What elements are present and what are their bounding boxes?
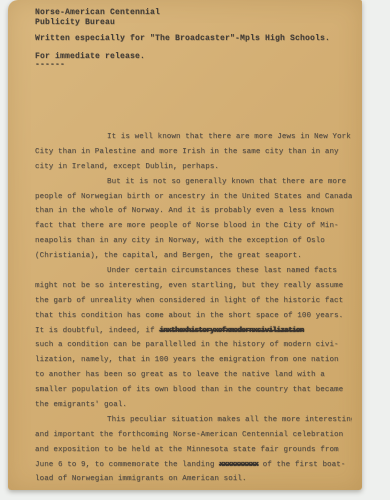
text-line: It is well known that there are more Jew… bbox=[35, 130, 352, 145]
text-segment: lization, namely, that in 100 years the … bbox=[35, 356, 339, 364]
text-segment: It is well known that there are more Jew… bbox=[107, 133, 351, 141]
strikethrough-text: inxthexhistoryxofxmodernxcivilization bbox=[159, 327, 303, 335]
text-line: City than in Palestine and more Irish in… bbox=[35, 145, 352, 160]
text-segment: This peculiar situation makes all the mo… bbox=[107, 416, 352, 424]
text-line: the emigrants' goal. bbox=[35, 398, 352, 413]
paper-sheet: Norse-American Centennial Publicity Bure… bbox=[8, 0, 362, 490]
text-segment: (Christiania), the capital, and Bergen, … bbox=[35, 252, 302, 260]
text-line: This peculiar situation makes all the mo… bbox=[35, 413, 352, 428]
text-line: smaller population of its own blood than… bbox=[35, 383, 352, 398]
text-segment: and important the forthcoming Norse-Amer… bbox=[35, 431, 343, 439]
text-line: lization, namely, that in 100 years the … bbox=[35, 353, 352, 368]
text-line: neapolis than in any city in Norway, wit… bbox=[35, 234, 352, 249]
text-line: to another has been so great as to leave… bbox=[35, 368, 352, 383]
text-segment: might not be so interesting, even startl… bbox=[35, 282, 343, 290]
typed-content: Norse-American Centennial Publicity Bure… bbox=[35, 8, 352, 490]
release-note-line: For immediate release. bbox=[35, 52, 352, 62]
text-segment: neapolis than in any city in Norway, wit… bbox=[35, 237, 325, 245]
text-segment: than in the whole of Norway. And it is p… bbox=[35, 207, 334, 215]
text-segment: It is doubtful, indeed, if bbox=[35, 327, 159, 335]
text-segment: to another has been so great as to leave… bbox=[35, 371, 325, 379]
text-line: fact that there are more people of Norse… bbox=[35, 219, 352, 234]
text-segment: such a condition can be parallelled in t… bbox=[35, 341, 339, 349]
text-line: might not be so interesting, even startl… bbox=[35, 279, 352, 294]
document-body: It is well known that there are more Jew… bbox=[35, 130, 352, 487]
text-segment: the emigrants' goal. bbox=[35, 401, 127, 409]
scanned-document-page: { "page": { "background_color": "#eef0ee… bbox=[0, 0, 390, 500]
text-segment: city in Ireland, except Dublin, perhaps. bbox=[35, 163, 219, 171]
text-segment: June 6 to 9, to commemorate the landing bbox=[35, 461, 219, 469]
text-line: June 6 to 9, to commemorate the landing … bbox=[35, 458, 352, 473]
text-line: (Christiania), the capital, and Bergen, … bbox=[35, 249, 352, 264]
text-segment: and exposition to be held at the Minneso… bbox=[35, 446, 339, 454]
text-line: people of Norwegian birth or ancestry in… bbox=[35, 190, 352, 205]
release-underline: ------ bbox=[35, 61, 352, 68]
text-segment: that this condition has come about in th… bbox=[35, 312, 343, 320]
text-line: and exposition to be held at the Minneso… bbox=[35, 443, 352, 458]
text-line: But it is not so generally known that th… bbox=[35, 175, 352, 190]
text-segment: City than in Palestine and more Irish in… bbox=[35, 148, 339, 156]
written-for-line: Written especially for "The Broadcaster"… bbox=[35, 34, 352, 44]
org-name-line-1: Norse-American Centennial bbox=[35, 8, 352, 18]
text-line: city in Ireland, except Dublin, perhaps. bbox=[35, 160, 352, 175]
text-line: such a condition can be parallelled in t… bbox=[35, 338, 352, 353]
text-segment: smaller population of its own blood than… bbox=[35, 386, 343, 394]
text-line: It is doubtful, indeed, if inxthexhistor… bbox=[35, 324, 352, 339]
text-line: than in the whole of Norway. And it is p… bbox=[35, 204, 352, 219]
text-segment: But it is not so generally known that th… bbox=[107, 178, 346, 186]
text-segment: the garb of unreality when considered in… bbox=[35, 297, 343, 305]
text-line: that this condition has come about in th… bbox=[35, 309, 352, 324]
strikethrough-text: xxxxxxxxxx bbox=[219, 461, 258, 469]
text-segment: load of Norwegian immigrants on American… bbox=[35, 475, 247, 483]
text-segment: people of Norwegian birth or ancestry in… bbox=[35, 193, 352, 201]
text-segment: fact that there are more people of Norse… bbox=[35, 222, 339, 230]
text-line: the garb of unreality when considered in… bbox=[35, 294, 352, 309]
text-line: load of Norwegian immigrants on American… bbox=[35, 472, 352, 487]
text-segment: of the first boat- bbox=[258, 461, 345, 469]
text-line: Under certain circumstances these last n… bbox=[35, 264, 352, 279]
text-line: and important the forthcoming Norse-Amer… bbox=[35, 428, 352, 443]
text-segment: Under certain circumstances these last n… bbox=[107, 267, 337, 275]
org-name-line-2: Publicity Bureau bbox=[35, 18, 352, 28]
